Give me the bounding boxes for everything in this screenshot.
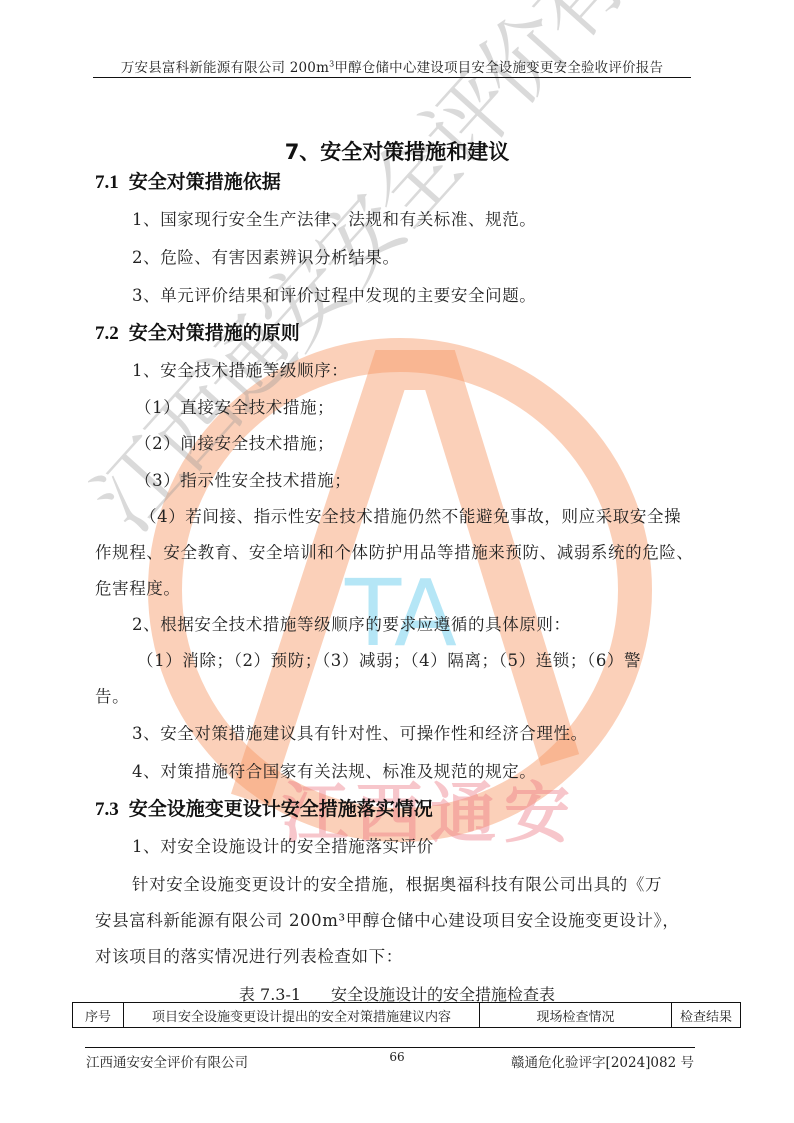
paragraph: 3、安全对策措施建议具有针对性、可操作性和经济合理性。	[132, 720, 588, 744]
paragraph: （4）若间接、指示性安全技术措施仍然不能避免事故，则应采取安全操	[140, 503, 681, 527]
section-number: 7.1	[95, 172, 119, 193]
section-title: 安全对策措施依据	[129, 171, 281, 193]
footer-doc-number: 赣通危化验评字[2024]082 号	[511, 1051, 694, 1071]
section-heading-7-1: 7.1安全对策措施依据	[95, 167, 281, 194]
chapter-title: 7、安全对策措施和建议	[0, 136, 794, 166]
section-heading-7-3: 7.3安全设施变更设计安全措施落实情况	[95, 794, 433, 821]
paragraph: 2、根据安全技术措施等级顺序的要求应遵循的具体原则：	[132, 611, 571, 635]
paragraph: 1、安全技术措施等级顺序：	[132, 357, 348, 381]
section-title: 安全设施变更设计安全措施落实情况	[129, 798, 433, 820]
header-title-prefix: 万安县富科新能源有限公司 200m	[121, 60, 329, 76]
paragraph: （1）消除；（2）预防；（3）减弱；（4）隔离；（5）连锁；（6）警	[137, 647, 641, 671]
column-header-index: 序号	[73, 1003, 124, 1028]
column-header-measures: 项目安全设施变更设计提出的安全对策措施建议内容	[124, 1003, 480, 1028]
section-heading-7-2: 7.2安全对策措施的原则	[95, 318, 300, 345]
header-title-suffix: 甲醇仓储中心建设项目安全设施变更安全验收评价报告	[334, 60, 663, 76]
safety-check-table: 序号 项目安全设施变更设计提出的安全对策措施建议内容 现场检查情况 检查结果	[72, 1002, 741, 1028]
section-number: 7.2	[95, 323, 119, 344]
paragraph: 危害程度。	[95, 575, 181, 599]
paragraph: （3）指示性安全技术措施；	[135, 467, 351, 491]
paragraph: 对该项目的落实情况进行列表检查如下：	[95, 943, 403, 967]
section-number: 7.3	[95, 799, 119, 820]
section-title: 安全对策措施的原则	[129, 322, 300, 344]
paragraph: 4、对策措施符合国家有关法规、标准及规范的规定。	[132, 758, 536, 782]
paragraph: （1）直接安全技术措施；	[135, 394, 334, 418]
paragraph: 安县富科新能源有限公司 200m³甲醇仓储中心建设项目安全设施变更设计》，	[95, 907, 679, 931]
paragraph: 告。	[95, 683, 129, 707]
header-rule	[93, 77, 691, 78]
paragraph: 作规程、安全教育、安全培训和个体防护用品等措施来预防、减弱系统的危险、	[95, 539, 694, 563]
table-header-row: 序号 项目安全设施变更设计提出的安全对策措施建议内容 现场检查情况 检查结果	[73, 1003, 741, 1028]
paragraph: 1、对安全设施设计的安全措施落实评价	[132, 833, 434, 857]
paragraph: 2、危险、有害因素辨识分析结果。	[132, 244, 400, 268]
column-header-result: 检查结果	[672, 1003, 741, 1028]
paragraph: 1、国家现行安全生产法律、法规和有关标准、规范。	[132, 206, 536, 230]
column-header-site-check: 现场检查情况	[480, 1003, 672, 1028]
paragraph: 针对安全设施变更设计的安全措施，根据奥福科技有限公司出具的《万	[132, 871, 662, 895]
document-page: TA 江西通安安全评价有限公司 江西通安 万安县富科新能源有限公司 200m3甲…	[0, 0, 794, 1123]
running-header: 万安县富科新能源有限公司 200m3甲醇仓储中心建设项目安全设施变更安全验收评价…	[95, 56, 689, 76]
footer-rule	[85, 1047, 695, 1048]
paragraph: （2）间接安全技术措施；	[135, 430, 334, 454]
paragraph: 3、单元评价结果和评价过程中发现的主要安全问题。	[132, 282, 536, 306]
